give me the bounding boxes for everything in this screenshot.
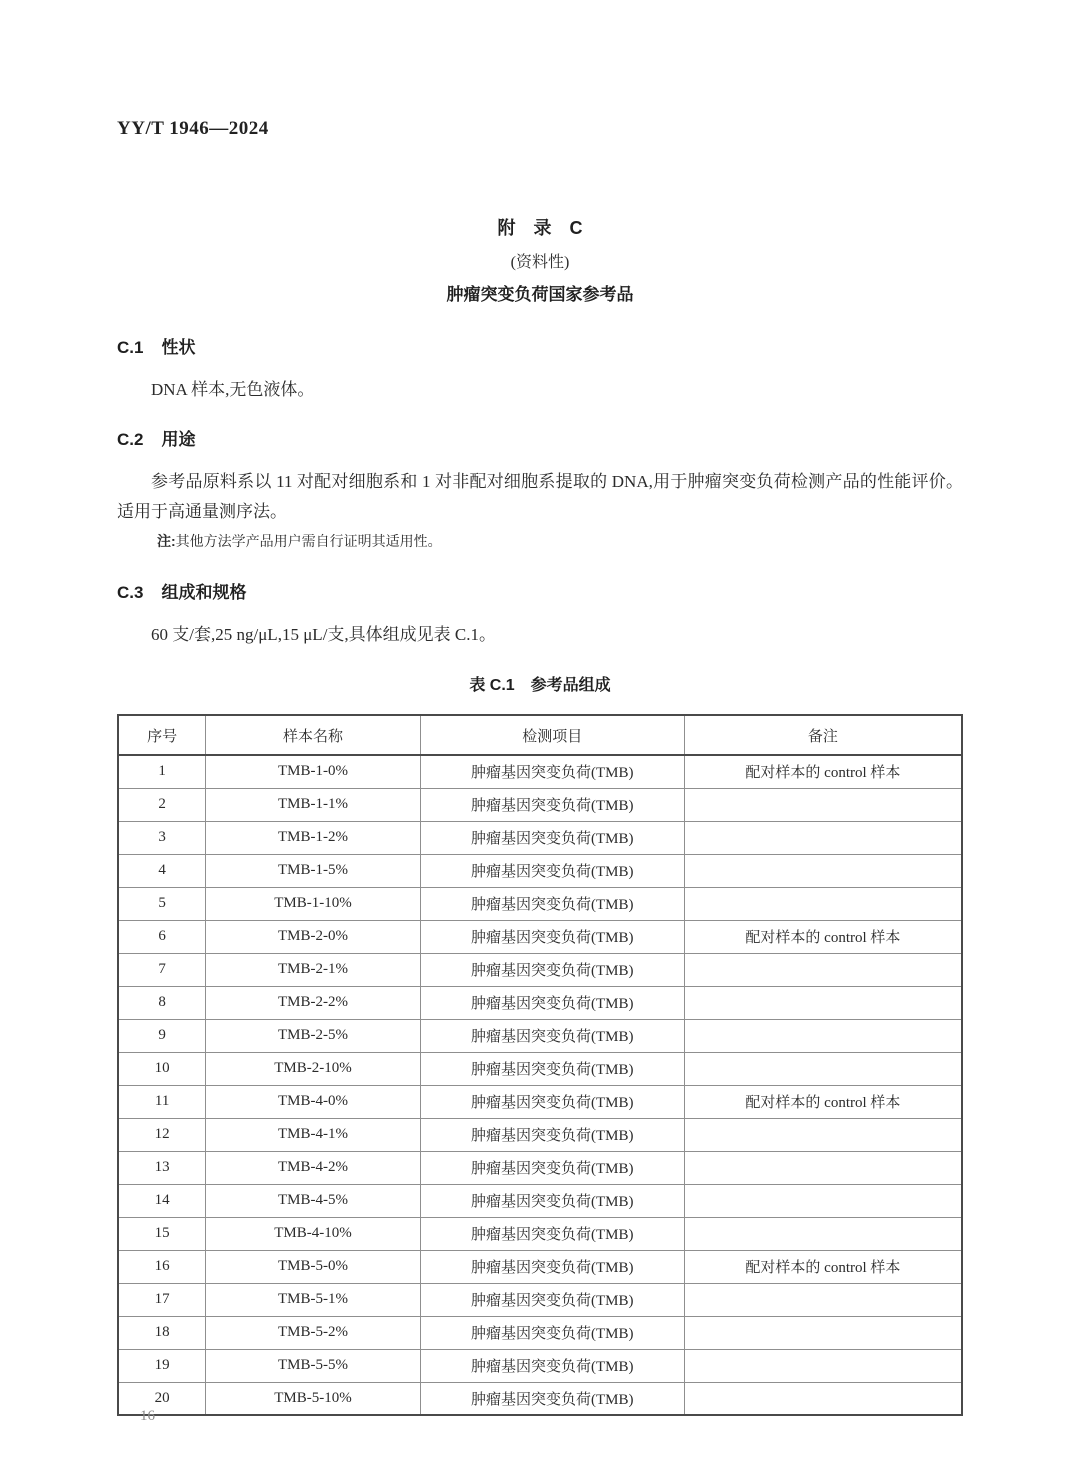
table-cell: 5	[118, 887, 206, 920]
table-cell: 肿瘤基因突变负荷(TMB)	[420, 1118, 684, 1151]
table-cell: 3	[118, 821, 206, 854]
note-label: 注:	[157, 533, 176, 549]
table-cell: TMB-1-1%	[206, 788, 420, 821]
table-cell: 肿瘤基因突变负荷(TMB)	[420, 1085, 684, 1118]
table-row: 3TMB-1-2%肿瘤基因突变负荷(TMB)	[118, 821, 962, 854]
section-heading-c1: C.1性状	[117, 333, 963, 358]
table-cell: 12	[118, 1118, 206, 1151]
table-cell: 配对样本的 control 样本	[684, 1250, 962, 1283]
table-cell: 8	[118, 986, 206, 1019]
table-cell: TMB-4-5%	[206, 1184, 420, 1217]
column-header-item: 检测项目	[420, 715, 684, 755]
table-cell: 14	[118, 1184, 206, 1217]
section-title: 用途	[161, 430, 195, 449]
table-cell	[684, 1019, 962, 1052]
table-cell: TMB-4-1%	[206, 1118, 420, 1151]
table-cell	[684, 1184, 962, 1217]
table-cell	[684, 821, 962, 854]
table-cell: 肿瘤基因突变负荷(TMB)	[420, 821, 684, 854]
table-cell: TMB-1-0%	[206, 755, 420, 788]
table-cell	[684, 1382, 962, 1415]
table-cell	[684, 953, 962, 986]
table-cell: TMB-5-1%	[206, 1283, 420, 1316]
page-number: 16	[140, 1408, 155, 1425]
table-cell: TMB-5-10%	[206, 1382, 420, 1415]
section-id: C.1	[117, 338, 143, 357]
appendix-title: 附 录 C	[117, 214, 963, 240]
table-cell	[684, 854, 962, 887]
table-cell: 肿瘤基因突变负荷(TMB)	[420, 986, 684, 1019]
table-cell	[684, 1349, 962, 1382]
table-row: 5TMB-1-10%肿瘤基因突变负荷(TMB)	[118, 887, 962, 920]
table-cell: 18	[118, 1316, 206, 1349]
table-cell: 肿瘤基因突变负荷(TMB)	[420, 920, 684, 953]
section-body-c2: 参考品原料系以 11 对配对细胞系和 1 对非配对细胞系提取的 DNA,用于肿瘤…	[117, 467, 963, 527]
table-cell: 肿瘤基因突变负荷(TMB)	[420, 887, 684, 920]
table-cell: 肿瘤基因突变负荷(TMB)	[420, 788, 684, 821]
table-cell: TMB-2-5%	[206, 1019, 420, 1052]
table-cell	[684, 1118, 962, 1151]
table-row: 16TMB-5-0%肿瘤基因突变负荷(TMB)配对样本的 control 样本	[118, 1250, 962, 1283]
table-cell: 肿瘤基因突变负荷(TMB)	[420, 1283, 684, 1316]
table-cell: TMB-1-10%	[206, 887, 420, 920]
table-cell: TMB-2-10%	[206, 1052, 420, 1085]
table-cell	[684, 887, 962, 920]
standard-number: YY/T 1946—2024	[117, 118, 963, 140]
table-row: 12TMB-4-1%肿瘤基因突变负荷(TMB)	[118, 1118, 962, 1151]
table-row: 9TMB-2-5%肿瘤基因突变负荷(TMB)	[118, 1019, 962, 1052]
table-cell: 6	[118, 920, 206, 953]
table-cell: 肿瘤基因突变负荷(TMB)	[420, 1382, 684, 1415]
table-cell: 肿瘤基因突变负荷(TMB)	[420, 953, 684, 986]
section-id: C.3	[117, 583, 143, 602]
table-cell: TMB-4-0%	[206, 1085, 420, 1118]
column-header-name: 样本名称	[206, 715, 420, 755]
table-row: 19TMB-5-5%肿瘤基因突变负荷(TMB)	[118, 1349, 962, 1382]
table-body: 1TMB-1-0%肿瘤基因突变负荷(TMB)配对样本的 control 样本2T…	[118, 755, 962, 1415]
table-cell: TMB-4-2%	[206, 1151, 420, 1184]
table-cell	[684, 1052, 962, 1085]
table-cell: TMB-2-0%	[206, 920, 420, 953]
table-cell: 肿瘤基因突变负荷(TMB)	[420, 1184, 684, 1217]
table-row: 18TMB-5-2%肿瘤基因突变负荷(TMB)	[118, 1316, 962, 1349]
section-heading-c3: C.3组成和规格	[117, 578, 963, 603]
document-page: YY/T 1946—2024 附 录 C (资料性) 肿瘤突变负荷国家参考品 C…	[0, 0, 1080, 1461]
table-cell: TMB-2-1%	[206, 953, 420, 986]
table-cell: 肿瘤基因突变负荷(TMB)	[420, 1316, 684, 1349]
table-cell: 肿瘤基因突变负荷(TMB)	[420, 1217, 684, 1250]
column-header-seq: 序号	[118, 715, 206, 755]
table-cell: 肿瘤基因突变负荷(TMB)	[420, 854, 684, 887]
table-row: 7TMB-2-1%肿瘤基因突变负荷(TMB)	[118, 953, 962, 986]
table-cell: 配对样本的 control 样本	[684, 755, 962, 788]
table-cell: TMB-5-5%	[206, 1349, 420, 1382]
column-header-remark: 备注	[684, 715, 962, 755]
table-cell: TMB-2-2%	[206, 986, 420, 1019]
table-cell: 19	[118, 1349, 206, 1382]
table-cell: 肿瘤基因突变负荷(TMB)	[420, 1019, 684, 1052]
table-row: 20TMB-5-10%肿瘤基因突变负荷(TMB)	[118, 1382, 962, 1415]
table-row: 2TMB-1-1%肿瘤基因突变负荷(TMB)	[118, 788, 962, 821]
table-cell: 4	[118, 854, 206, 887]
table-cell: 10	[118, 1052, 206, 1085]
table-cell: 肿瘤基因突变负荷(TMB)	[420, 755, 684, 788]
table-cell: TMB-4-10%	[206, 1217, 420, 1250]
table-cell: 17	[118, 1283, 206, 1316]
section-title: 组成和规格	[161, 583, 246, 602]
table-cell: 肿瘤基因突变负荷(TMB)	[420, 1349, 684, 1382]
section-title: 性状	[161, 338, 195, 357]
table-row: 15TMB-4-10%肿瘤基因突变负荷(TMB)	[118, 1217, 962, 1250]
table-cell: TMB-5-2%	[206, 1316, 420, 1349]
table-row: 17TMB-5-1%肿瘤基因突变负荷(TMB)	[118, 1283, 962, 1316]
table-cell: 11	[118, 1085, 206, 1118]
table-row: 11TMB-4-0%肿瘤基因突变负荷(TMB)配对样本的 control 样本	[118, 1085, 962, 1118]
table-cell: 配对样本的 control 样本	[684, 1085, 962, 1118]
table-row: 10TMB-2-10%肿瘤基因突变负荷(TMB)	[118, 1052, 962, 1085]
table-row: 4TMB-1-5%肿瘤基因突变负荷(TMB)	[118, 854, 962, 887]
table-caption: 表 C.1 参考品组成	[117, 672, 963, 695]
table-cell: 肿瘤基因突变负荷(TMB)	[420, 1250, 684, 1283]
table-cell: 肿瘤基因突变负荷(TMB)	[420, 1052, 684, 1085]
table-cell: TMB-5-0%	[206, 1250, 420, 1283]
table-cell	[684, 1283, 962, 1316]
table-cell	[684, 1151, 962, 1184]
appendix-heading: 肿瘤突变负荷国家参考品	[117, 280, 963, 305]
table-cell: TMB-1-2%	[206, 821, 420, 854]
appendix-subtitle: (资料性)	[117, 249, 963, 272]
table-cell: 肿瘤基因突变负荷(TMB)	[420, 1151, 684, 1184]
table-row: 8TMB-2-2%肿瘤基因突变负荷(TMB)	[118, 986, 962, 1019]
table-cell: 16	[118, 1250, 206, 1283]
table-cell: 15	[118, 1217, 206, 1250]
note-text: 其他方法学产品用户需自行证明其适用性。	[176, 535, 442, 550]
table-cell: 7	[118, 953, 206, 986]
table-row: 6TMB-2-0%肿瘤基因突变负荷(TMB)配对样本的 control 样本	[118, 920, 962, 953]
table-cell: 配对样本的 control 样本	[684, 920, 962, 953]
section-body-c1: DNA 样本,无色液体。	[117, 375, 963, 405]
section-id: C.2	[117, 430, 143, 449]
table-cell	[684, 1316, 962, 1349]
table-cell: 1	[118, 755, 206, 788]
table-cell: TMB-1-5%	[206, 854, 420, 887]
table-row: 1TMB-1-0%肿瘤基因突变负荷(TMB)配对样本的 control 样本	[118, 755, 962, 788]
appendix-header: 附 录 C (资料性) 肿瘤突变负荷国家参考品	[117, 214, 963, 305]
table-row: 14TMB-4-5%肿瘤基因突变负荷(TMB)	[118, 1184, 962, 1217]
table-cell: 2	[118, 788, 206, 821]
table-cell	[684, 1217, 962, 1250]
table-cell	[684, 788, 962, 821]
section-note-c2: 注:其他方法学产品用户需自行证明其适用性。	[117, 530, 963, 554]
table-header-row: 序号 样本名称 检测项目 备注	[118, 715, 962, 755]
section-body-c3: 60 支/套,25 ng/μL,15 μL/支,具体组成见表 C.1。	[117, 620, 963, 650]
table-cell	[684, 986, 962, 1019]
table-cell: 20	[118, 1382, 206, 1415]
table-cell: 13	[118, 1151, 206, 1184]
table-row: 13TMB-4-2%肿瘤基因突变负荷(TMB)	[118, 1151, 962, 1184]
section-heading-c2: C.2用途	[117, 425, 963, 450]
reference-composition-table: 序号 样本名称 检测项目 备注 1TMB-1-0%肿瘤基因突变负荷(TMB)配对…	[117, 714, 963, 1416]
table-cell: 9	[118, 1019, 206, 1052]
